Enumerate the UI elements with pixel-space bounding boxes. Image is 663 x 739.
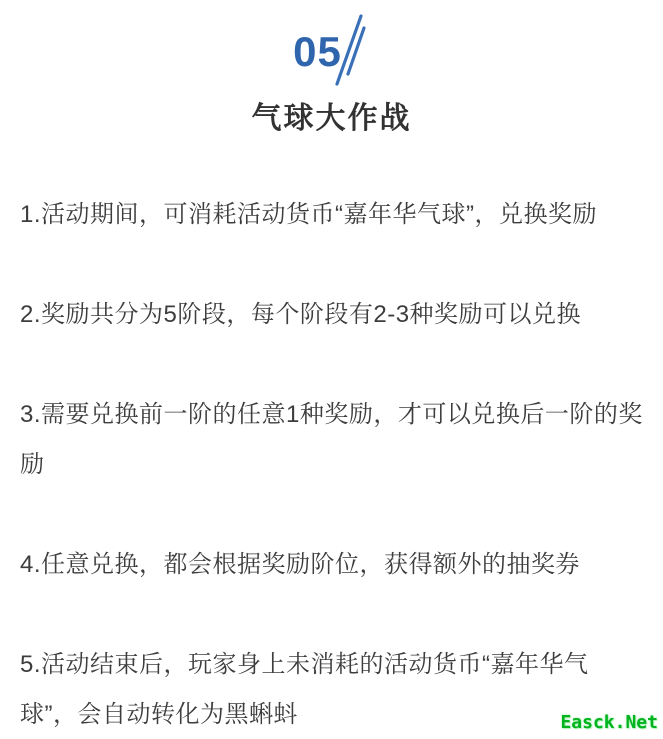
page-title: 气球大作战 bbox=[0, 100, 663, 138]
rules-list: 1.活动期间，可消耗活动货币“嘉年华气球”，兑换奖励 2.奖励共分为5阶段，每个… bbox=[0, 190, 663, 739]
rule-item-1: 1.活动期间，可消耗活动货币“嘉年华气球”，兑换奖励 bbox=[20, 190, 643, 240]
rule-item-4: 4.任意兑换，都会根据奖励阶位，获得额外的抽奖券 bbox=[20, 540, 643, 590]
watermark: Easck.Net bbox=[560, 712, 658, 733]
rule-item-2: 2.奖励共分为5阶段，每个阶段有2-3种奖励可以兑换 bbox=[20, 290, 643, 340]
rules-page: 05 气球大作战 1.活动期间，可消耗活动货币“嘉年华气球”，兑换奖励 2.奖励… bbox=[0, 0, 663, 739]
section-number-row: 05 bbox=[0, 0, 663, 90]
slash-decoration-icon bbox=[332, 12, 370, 88]
rule-item-3: 3.需要兑换前一阶的任意1种奖励，才可以兑换后一阶的奖励 bbox=[20, 390, 643, 490]
rule-item-5: 5.活动结束后，玩家身上未消耗的活动货币“嘉年华气球”，会自动转化为黑蝌蚪 bbox=[20, 640, 643, 739]
